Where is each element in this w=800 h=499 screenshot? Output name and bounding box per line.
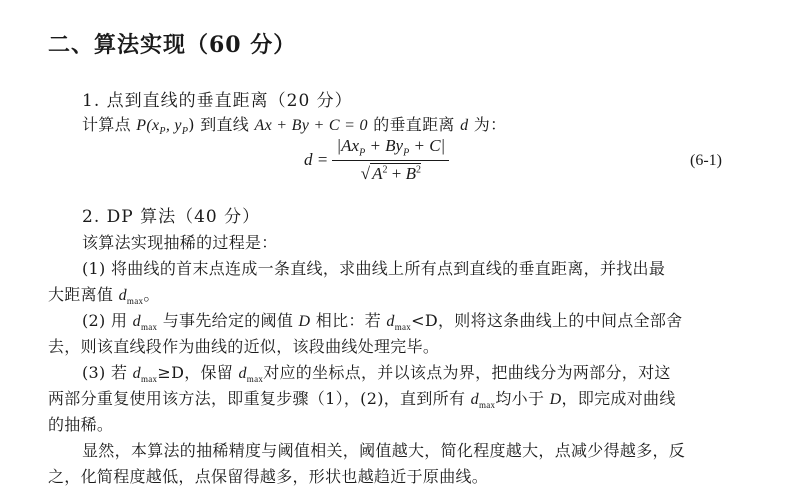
formula-numerator: |AxP + ByP + C| (332, 136, 449, 161)
step3-line3: 的抽稀。 (48, 412, 113, 435)
part1-heading: 1. 点到直线的垂直距离（20 分） (82, 86, 353, 111)
step3-line1: (3) 若 dmax≥D，保留 dmax对应的坐标点，并以该点为界，把曲线分为两… (82, 360, 671, 384)
coord-y: , y (166, 117, 182, 134)
sub-max: max (141, 374, 157, 384)
var-d: d (133, 313, 141, 330)
distance-formula: d = |AxP + ByP + C| √A2 + B2 (304, 136, 449, 184)
text: (3) 若 (82, 363, 133, 382)
var-D: D (550, 391, 562, 408)
text: 的垂直距离 (368, 115, 460, 134)
formula-fraction: |AxP + ByP + C| √A2 + B2 (332, 136, 449, 184)
part1-intro: 计算点 P(xP, yP) 到直线 Ax + By + C = 0 的垂直距离 … (82, 112, 506, 137)
section-title: 二、算法实现（60 分） (48, 28, 296, 59)
text: 为： (468, 115, 506, 134)
var-d: d (238, 365, 246, 382)
text: 相比：若 (310, 311, 386, 330)
var-d: d (386, 313, 394, 330)
part2-intro: 该算法实现抽稀的过程是： (82, 230, 278, 253)
sub-max: max (247, 374, 263, 384)
equation-number: (6-1) (690, 152, 722, 170)
var-d: d (119, 287, 127, 304)
line-equation: Ax + By + C = 0 (255, 117, 368, 134)
formula-denominator: √A2 + B2 (332, 161, 449, 184)
text: 对应的坐标点，并以该点为界，把曲线分为两部分，对这 (263, 363, 671, 382)
var-d: d (471, 391, 479, 408)
text: ≥D，保留 (157, 363, 238, 382)
text: 与事先给定的阈值 (157, 311, 298, 330)
var-d: d (133, 365, 141, 382)
sub-max: max (127, 296, 143, 306)
part2-heading: 2. DP 算法（40 分） (82, 202, 260, 227)
step1-line2: 大距离值 dmax。 (48, 282, 160, 306)
text: <D，则将这条曲线上的中间点全部舍 (411, 311, 682, 330)
text: 均小于 (495, 389, 549, 408)
step2-line2: 去，则该直线段作为曲线的近似，该段曲线处理完毕。 (48, 334, 439, 357)
sub-max: max (395, 322, 411, 332)
text: 计算点 (82, 115, 136, 134)
text: 到直线 (195, 115, 255, 134)
step1-line1: (1) 将曲线的首末点连成一条直线，求曲线上所有点到直线的垂直距离，并找出最 (82, 256, 665, 279)
sub-max: max (479, 400, 495, 410)
step2-line1: (2) 用 dmax 与事先给定的阈值 D 相比：若 dmax<D，则将这条曲线… (82, 308, 682, 332)
text: 两部分重复使用该方法，即重复步骤（1），(2)，直到所有 (48, 389, 471, 408)
conclusion-line1: 显然，本算法的抽稀精度与阈值相关，阈值越大，简化程度越大，点减少得越多，反 (82, 438, 685, 461)
var-p: P (136, 117, 146, 134)
text: (2) 用 (82, 311, 133, 330)
var-D: D (299, 313, 311, 330)
formula-lhs: d = (304, 150, 328, 169)
text: 。 (143, 285, 159, 304)
text: ，即完成对曲线 (562, 389, 676, 408)
step3-line2: 两部分重复使用该方法，即重复步骤（1），(2)，直到所有 dmax均小于 D，即… (48, 386, 676, 410)
sub-max: max (141, 322, 157, 332)
text: 大距离值 (48, 285, 119, 304)
conclusion-line2: 之，化简程度越低，点保留得越多，形状也越趋近于原曲线。 (48, 464, 488, 487)
coord-x: (x (146, 117, 159, 134)
